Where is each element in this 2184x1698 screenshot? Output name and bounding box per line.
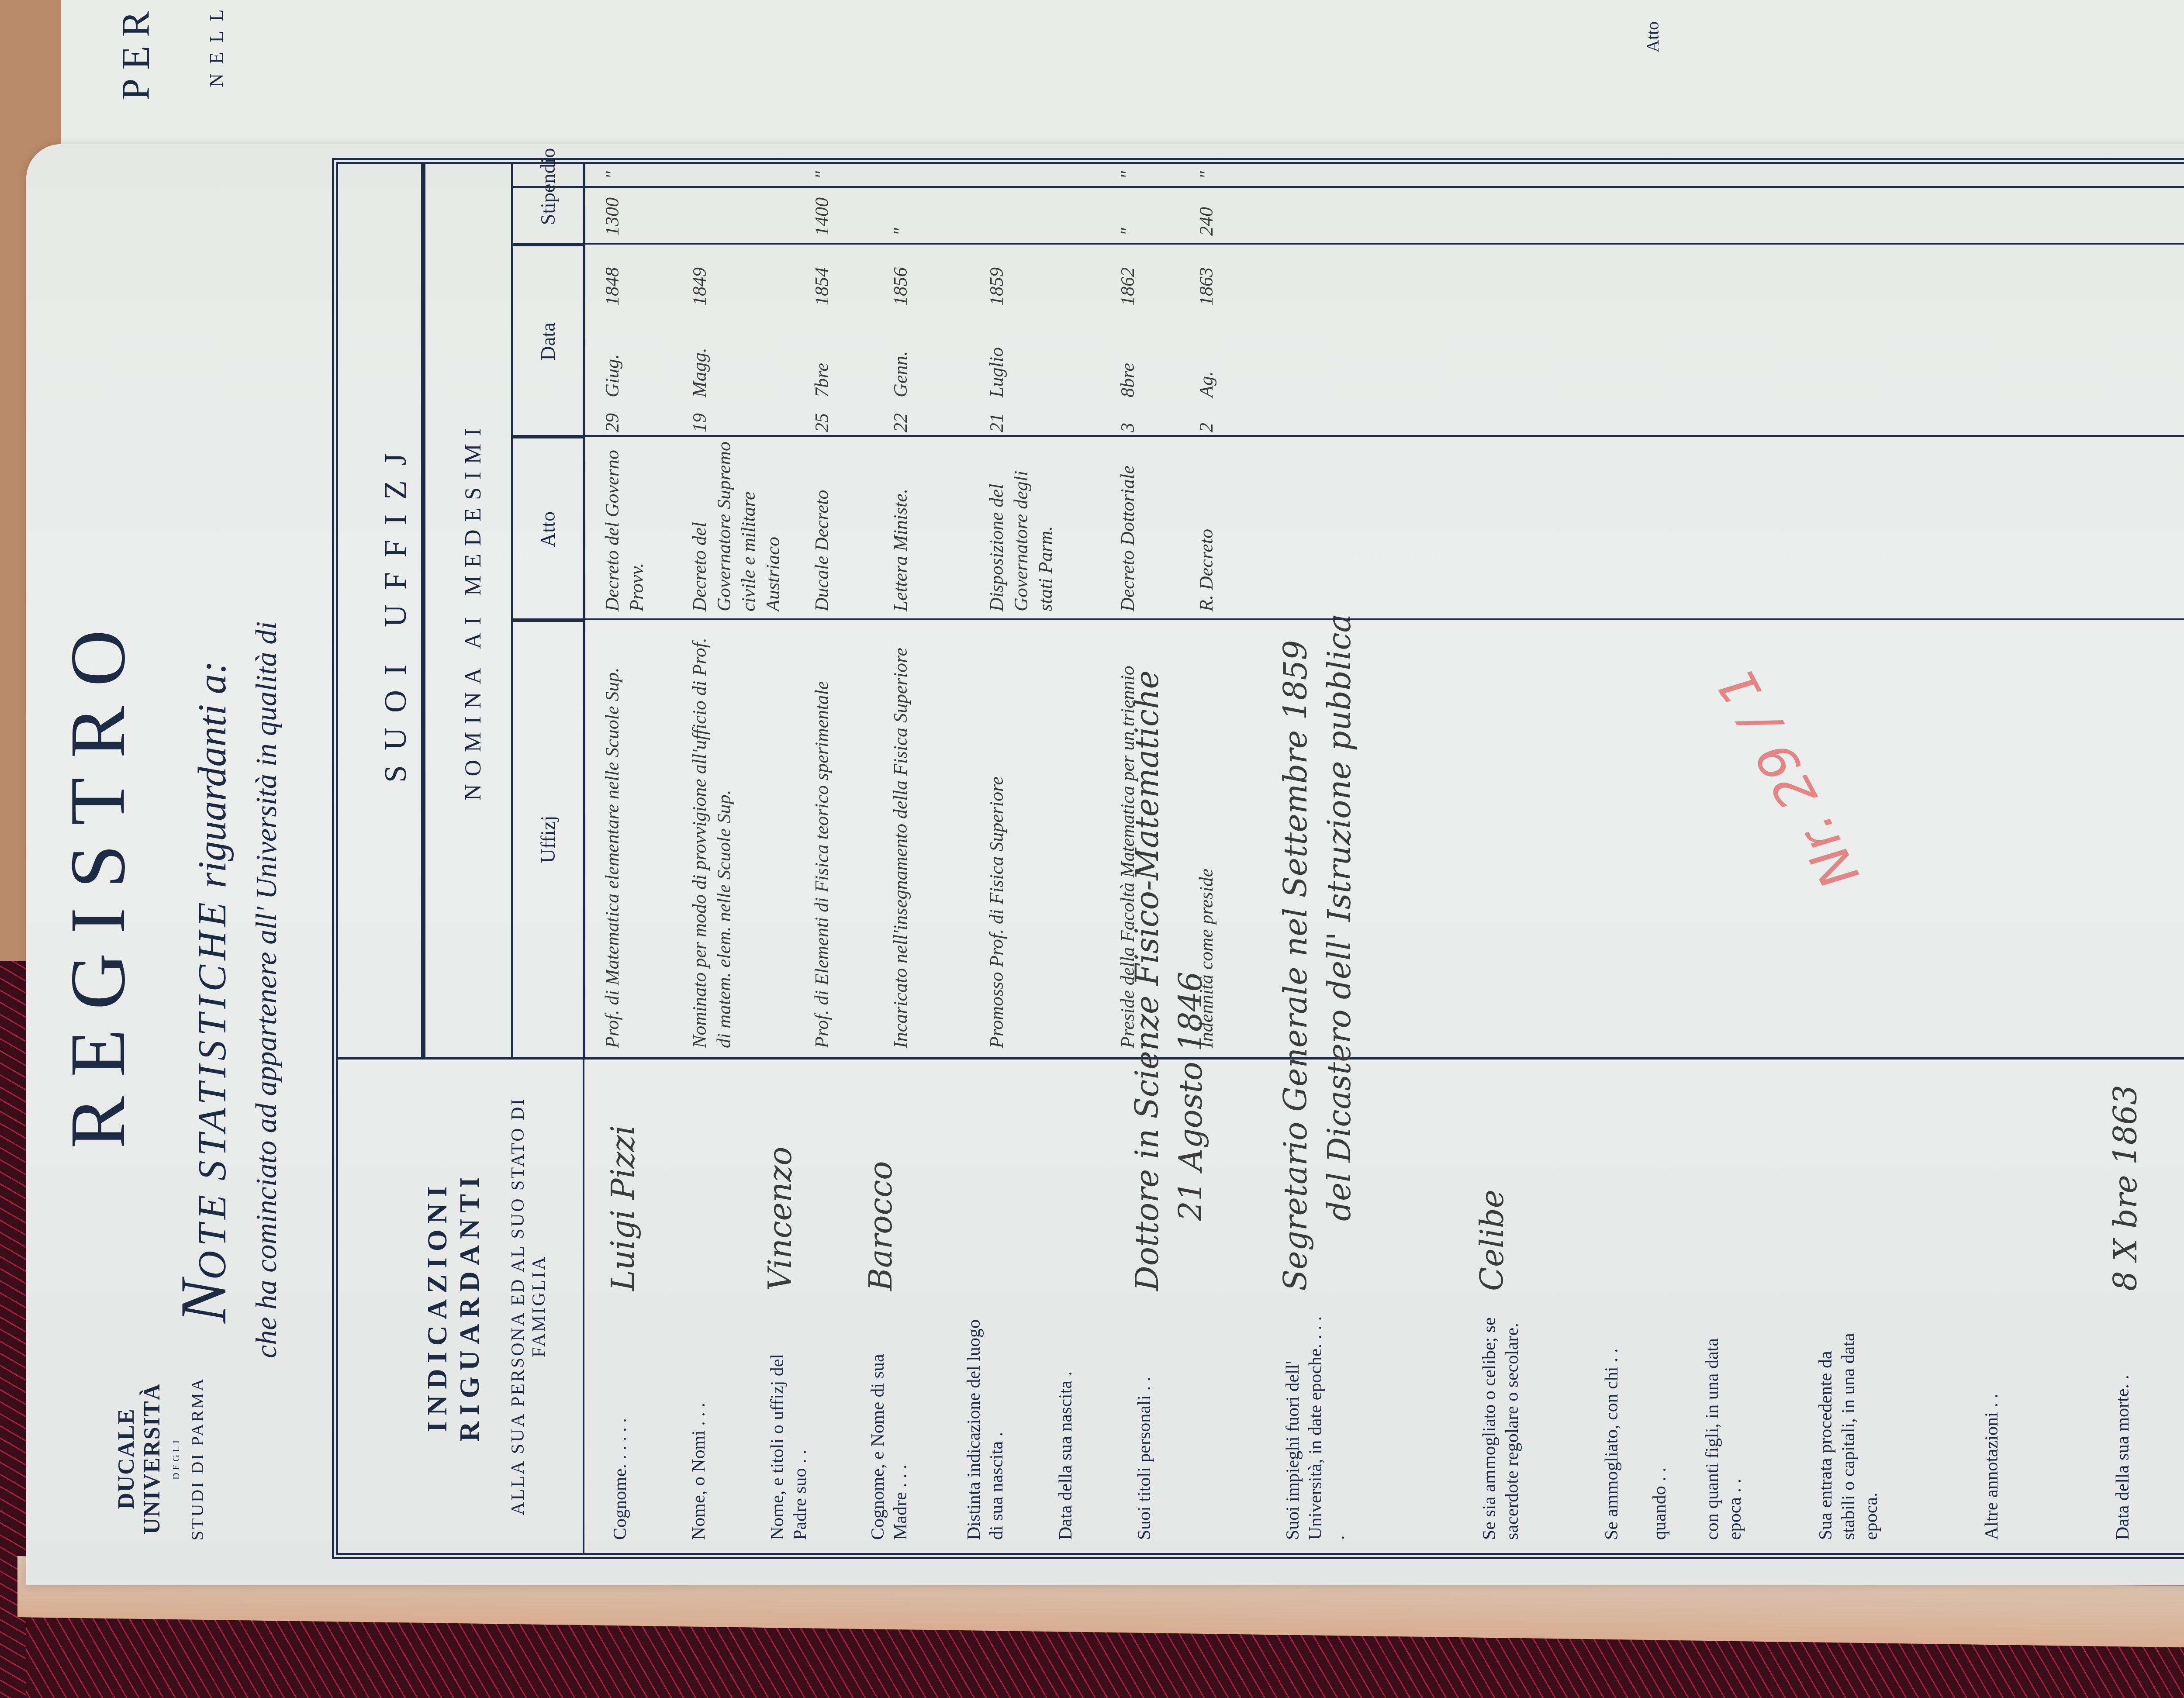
office-act: Disposizione del Governatore degli stati…	[985, 441, 1058, 611]
office-title: Prof. di Elementi di Fisica teorico sper…	[810, 629, 834, 1048]
field-label: Nome, e titoli o uffizj del Padre suo . …	[766, 1313, 812, 1540]
degli-label: DEGLI	[170, 1363, 182, 1555]
field-label: Sua entrata procedente da stabili o capi…	[1814, 1313, 1883, 1540]
university-name: DUCALE UNIVERSITÀ	[114, 1363, 165, 1555]
office-act: Decreto Dottoriale	[1116, 441, 1140, 611]
column-divider	[513, 243, 2184, 245]
office-month: Ag.	[1194, 319, 1219, 397]
facing-page-title: PER	[114, 2, 159, 100]
office-act: Lettera Ministe.	[888, 441, 913, 611]
office-salary-lire: 1400	[810, 192, 834, 236]
field-label: con quanti figli, in una data epoca . .	[1701, 1313, 1746, 1540]
field-label: Altre annotazioni . .	[1980, 1313, 2003, 1540]
office-act: Decreto del Governo Provv.	[600, 441, 649, 611]
column-header: Atto	[513, 437, 583, 620]
facing-page-heading: NELL	[205, 0, 228, 87]
office-year: 1856	[888, 249, 913, 306]
subtitle-ote: OTE	[190, 1191, 234, 1280]
office-title: Promosso Prof. di Fisica Superiore	[985, 629, 1009, 1048]
register-page: DUCALE UNIVERSITÀ DEGLI STUDI DI PARMA R…	[26, 144, 2184, 1585]
column-header: Stipendio	[513, 144, 583, 245]
register-subline: che ha cominciato ad appartenere all' Un…	[249, 621, 283, 1358]
facing-page-col-atto: Atto	[1642, 21, 1663, 52]
office-month: Magg.	[688, 319, 712, 397]
office-day: 3	[1116, 406, 1140, 432]
personal-heading-title: INDICAZIONI RIGUARDANTI	[338, 1060, 486, 1553]
field-label: Se sia ammogliato o celibe; se sacerdote…	[1478, 1313, 1524, 1540]
office-salary-lire: 240	[1194, 192, 1219, 236]
office-year: 1848	[600, 249, 625, 306]
office-month: 8bre	[1116, 319, 1140, 397]
office-month: 7bre	[810, 319, 834, 397]
register-subtitle: NOTE STATISTICHE riguardanti a:	[166, 661, 241, 1323]
field-label: Data della sua morte. .	[2111, 1313, 2134, 1540]
offices-column-headers: UffizjAttoDataStipendio	[513, 164, 585, 1057]
subtitle-initial: N	[167, 1280, 240, 1323]
office-year: 1859	[985, 249, 1009, 306]
office-day: 25	[810, 406, 834, 432]
appointment-heading: NOMINA AI MEDESIMI	[425, 164, 513, 1057]
field-label: Data della sua nascita .	[1054, 1313, 1077, 1540]
field-label: Suoi titoli personali . .	[1133, 1313, 1156, 1540]
office-act: Decreto del Governatore Supremo civile e…	[688, 441, 785, 611]
subtitle-rest: riguardanti a:	[190, 661, 234, 888]
field-value: 8 X bre 1863	[2107, 1085, 2144, 1291]
column-divider	[513, 435, 2184, 437]
office-salary-cent: "	[1116, 153, 1140, 179]
office-act: Ducale Decreto	[810, 441, 834, 611]
field-label: quando . .	[1648, 1313, 1671, 1540]
personal-heading: INDICAZIONI RIGUARDANTI ALLA SUA PERSONA…	[338, 1060, 584, 1553]
register-page-content: DUCALE UNIVERSITÀ DEGLI STUDI DI PARMA R…	[26, 144, 2184, 1585]
office-act: R. Decreto	[1194, 441, 1219, 611]
office-year: 1854	[810, 249, 834, 306]
office-month: Genn.	[888, 319, 913, 397]
register-title: REGISTRO	[52, 611, 143, 1149]
office-salary-cent: "	[810, 153, 834, 179]
column-divider	[513, 618, 2184, 620]
column-header: Uffizj	[513, 620, 583, 1057]
office-day: 22	[888, 406, 913, 432]
column-header: Data	[513, 245, 583, 437]
personal-heading-subtitle: ALLA SUA PERSONA ED AL SUO STATO DI FAMI…	[486, 1060, 549, 1553]
studi-label: STUDI DI PARMA	[187, 1363, 207, 1555]
office-year: 1862	[1116, 249, 1140, 306]
field-label: Nome, o Nomi . . .	[688, 1313, 710, 1540]
subtitle-statistiche: STATISTICHE	[190, 898, 234, 1180]
office-day: 21	[985, 406, 1009, 432]
field-label: Suoi impieghi fuori dell' Università, in…	[1282, 1313, 1350, 1540]
register-table: INDICAZIONI RIGUARDANTI ALLA SUA PERSONA…	[332, 158, 2184, 1559]
office-title: Incaricato nell'insegnamento della Fisic…	[888, 629, 913, 1048]
column-divider	[513, 186, 2184, 188]
office-year: 1863	[1194, 249, 1219, 306]
office-month: Luglio	[985, 319, 1009, 397]
institution-header: DUCALE UNIVERSITÀ DEGLI STUDI DI PARMA	[114, 1363, 207, 1555]
office-title: Preside della Facoltà Matematica per un …	[1116, 629, 1140, 1048]
field-label: Se ammogliato, con chi . .	[1600, 1313, 1623, 1540]
field-value: Barocco	[862, 1161, 899, 1291]
office-title: Indennità come preside	[1194, 629, 1219, 1048]
office-title: Prof. di Matematica elementare nelle Scu…	[600, 629, 625, 1048]
office-salary-cent: "	[600, 153, 625, 179]
field-label: Cognome, e Nome di sua Madre . . .	[867, 1313, 912, 1540]
office-day: 29	[600, 406, 625, 432]
field-value: Vincenzo	[762, 1146, 798, 1291]
office-salary-lire: 1300	[600, 192, 625, 236]
facing-page: PER NELL Atto	[61, 0, 2184, 150]
field-label: Cognome. . . . . .	[609, 1313, 632, 1540]
field-value: Celibe	[1474, 1190, 1510, 1291]
office-year: 1849	[688, 249, 712, 306]
field-label: Distinta indicazione del luogo di sua na…	[963, 1313, 1008, 1540]
offices-heading: SUOI UFFIZJ	[338, 164, 425, 1057]
office-salary-cent: "	[1194, 153, 1219, 179]
offices-column: SUOI UFFIZJ NOMINA AI MEDESIMI UffizjAtt…	[338, 164, 2184, 1057]
office-day: 2	[1194, 406, 1219, 432]
office-day: 19	[688, 406, 712, 432]
office-month: Giug.	[600, 319, 625, 397]
field-value: Luigi Pizzi	[605, 1125, 641, 1291]
office-salary-lire: "	[888, 192, 913, 236]
office-salary-lire: "	[1116, 192, 1140, 236]
office-title: Nominato per modo di provvigione all'uff…	[688, 629, 736, 1048]
